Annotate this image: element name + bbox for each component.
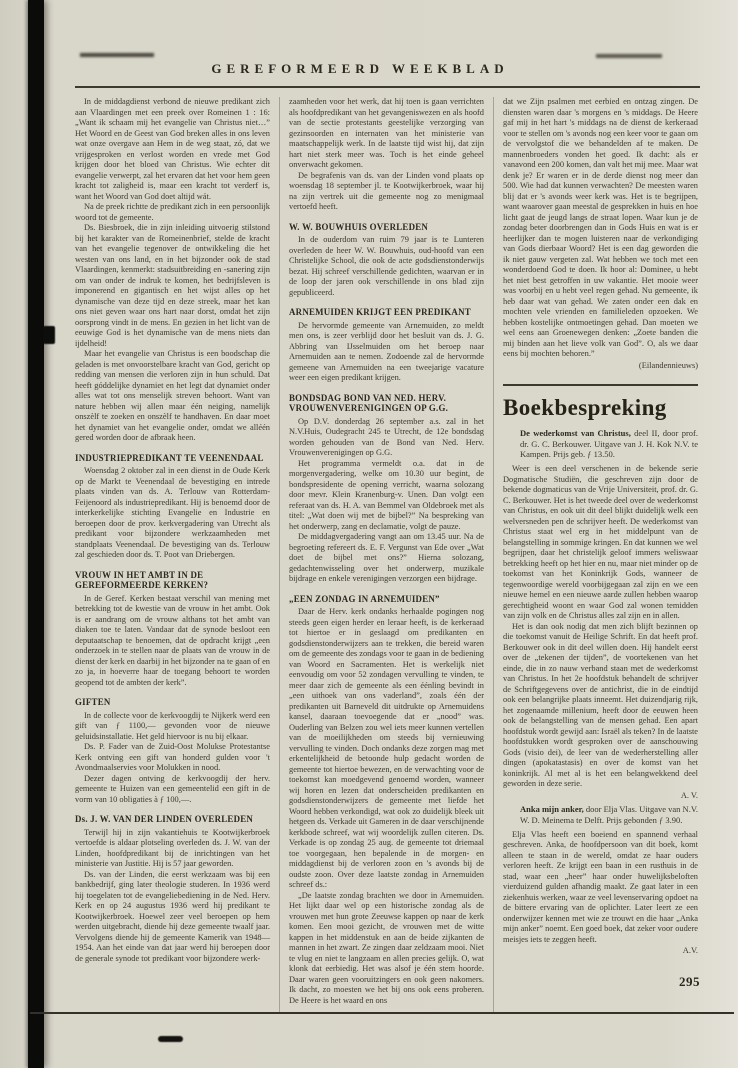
paragraph: Dezer dagen ontving de kerkvoogdij der h… xyxy=(75,774,270,806)
paragraph: Ds. van der Linden, die eerst werkzaam w… xyxy=(75,870,270,965)
paragraph: Het programma vermeldt o.a. dat in de mo… xyxy=(289,459,484,533)
column-2: zaamheden voor het werk, dat hij toen is… xyxy=(289,97,484,1013)
section-heading: Ds. J. W. VAN DER LINDEN OVERLEDEN xyxy=(75,814,270,825)
scan-ink-mark xyxy=(43,326,55,344)
section-heading: W. W. BOUWHUIS OVERLEDEN xyxy=(289,222,484,233)
text-columns: In de middagdienst verbond de nieuwe pre… xyxy=(75,97,700,1013)
paragraph: Weer is een deel verschenen in de bekend… xyxy=(503,464,698,622)
page-number: 295 xyxy=(679,974,700,990)
paragraph: zaamheden voor het werk, dat hij toen is… xyxy=(289,97,484,171)
paragraph: In de collecte voor de kerkvoogdij te Ni… xyxy=(75,711,270,743)
section-heading: GIFTEN xyxy=(75,697,270,708)
paragraph: Op D.V. donderdag 26 september a.s. zal … xyxy=(289,417,484,459)
scan-gutter-shadow xyxy=(28,0,44,1068)
attribution: A. V. xyxy=(503,791,698,802)
section-heading: ARNEMUIDEN KRIJGT EEN PREDIKANT xyxy=(289,307,484,318)
book-header: Anka mijn anker, door Elja Vlas. Uitgave… xyxy=(520,804,698,825)
paragraph: Het is dan ook nodig dat men zich blijft… xyxy=(503,622,698,790)
scan-ink-mark-bottom xyxy=(158,1036,183,1042)
page-title: GEREFORMEERD WEEKBLAD xyxy=(211,61,508,76)
column-3: dat we Zijn psalmen met eerbied en ontza… xyxy=(503,97,698,1013)
attribution: (Eilandennieuws) xyxy=(503,361,698,372)
paragraph: dat we Zijn psalmen met eerbied en ontza… xyxy=(503,97,698,360)
paragraph: In de middagdienst verbond de nieuwe pre… xyxy=(75,97,270,202)
paragraph: Ds. Biesbroek, die in zijn inleiding uit… xyxy=(75,223,270,349)
column-divider xyxy=(279,97,280,1013)
section-heading: „EEN ZONDAG IN ARNEMUIDEN” xyxy=(289,594,484,605)
paragraph: „De laatste zondag brachten we door in A… xyxy=(289,891,484,1007)
paragraph: Woensdag 2 oktober zal in een dienst in … xyxy=(75,466,270,561)
book-header: De wederkomst van Christus, deel II, doo… xyxy=(520,428,698,460)
magazine-page-scan: GEREFORMEERD WEEKBLAD In de middagdienst… xyxy=(0,0,738,1068)
column-1: In de middagdienst verbond de nieuwe pre… xyxy=(75,97,270,1013)
section-divider-rule xyxy=(503,384,698,386)
paragraph: Na de preek richtte de predikant zich in… xyxy=(75,202,270,223)
column-divider xyxy=(493,97,494,1013)
section-heading: VROUW IN HET AMBT IN DE GEREFORMEERDE KE… xyxy=(75,570,270,591)
paragraph: Ds. P. Fader van de Zuid-Oost Molukse Pr… xyxy=(75,742,270,774)
book-review-section-title: Boekbespreking xyxy=(503,395,698,421)
scan-smudge-left xyxy=(80,53,154,57)
paragraph: De middagvergadering vangt aan om 13.45 … xyxy=(289,532,484,585)
paragraph: De begrafenis van ds. van der Linden von… xyxy=(289,171,484,213)
section-heading: INDUSTRIEPREDIKANT TE VEENENDAAL xyxy=(75,453,270,464)
paragraph: In de ouderdom van ruim 79 jaar is te Lu… xyxy=(289,235,484,298)
paragraph: Elja Vlas heeft een boeiend en spannend … xyxy=(503,830,698,946)
paragraph: Terwijl hij in zijn vakantiehuis te Koot… xyxy=(75,828,270,870)
paragraph: De hervormde gemeente van Arnemuiden, zo… xyxy=(289,321,484,384)
section-heading: BONDSDAG BOND VAN NED. HERV. VROUWENVERE… xyxy=(289,393,484,414)
paragraph: Daar de Herv. kerk ondanks herhaalde pog… xyxy=(289,607,484,891)
paragraph: Maar het evangelie van Christus is een b… xyxy=(75,349,270,444)
masthead-rule xyxy=(75,86,700,88)
footer-rule xyxy=(30,1012,734,1014)
attribution: A.V. xyxy=(503,946,698,957)
paragraph: In de Geref. Kerken bestaat verschil van… xyxy=(75,594,270,689)
scan-smudge-right xyxy=(596,54,662,58)
masthead: GEREFORMEERD WEEKBLAD xyxy=(75,60,645,78)
